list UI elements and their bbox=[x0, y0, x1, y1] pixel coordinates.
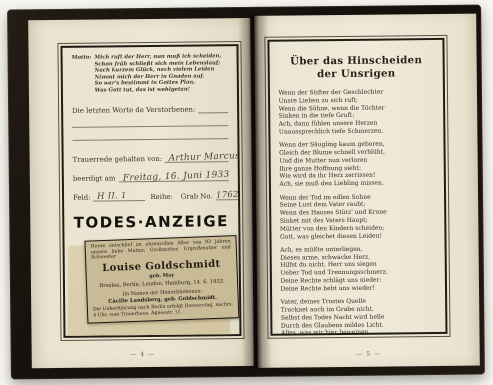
newspaper-clipping: Heute entschlief im ehrenvollen Alter vo… bbox=[84, 235, 239, 324]
grave-row: Feld: H II. 1 Reihe: Grab No. 17629 bbox=[73, 190, 229, 202]
last-words-row: Die letzten Worte de Verstorbenen: bbox=[72, 103, 228, 115]
clipping-transfer-notice: Die Ueberführung nach Berlin erfolgt Don… bbox=[93, 303, 233, 319]
right-page-border: Über das Hinscheiden der Unsrigen Wenn d… bbox=[264, 35, 450, 339]
poem-line: Unaussprechlich tiefe Schmerzen. bbox=[279, 127, 435, 136]
grave-label: Grab No. bbox=[176, 192, 216, 200]
poem-stanza-5: Vater, deines Trostes QuelleTrocknet auc… bbox=[281, 297, 437, 336]
buried-label: beerdigt am bbox=[73, 174, 119, 182]
field-handwriting: H II. 1 bbox=[97, 191, 127, 202]
death-notice-heading: TODES·ANZEIGE bbox=[73, 212, 229, 232]
memorial-poem: Wenn der Stifter der GeschlechterUnsre L… bbox=[278, 88, 437, 336]
poem-stanza-1: Wenn der Stifter der GeschlechterUnsre L… bbox=[278, 88, 434, 136]
row-label: Reihe: bbox=[145, 193, 175, 201]
poem-stanza-2: Wenn der Säugling kaum geboren,Gleich de… bbox=[279, 140, 435, 188]
left-page: Motto: Mich ruft der Herr, nun muß ich s… bbox=[28, 18, 254, 368]
buried-handwriting: Freitag, 16. Juni 1933 bbox=[122, 170, 229, 184]
buried-line: Freitag, 16. Juni 1933 bbox=[118, 171, 229, 182]
right-page-number: — 5 — bbox=[258, 350, 480, 359]
poem-title-line2: der Unsrigen bbox=[278, 67, 435, 81]
poem-line: Ach, sie muß den Liebling missen. bbox=[279, 179, 435, 188]
motto-block: Motto: Mich ruft der Herr, nun muß ich s… bbox=[72, 53, 230, 94]
poem-line: Gott, was gleichet diesen Leiden! bbox=[280, 232, 436, 241]
motto-line: Was Gott tut, das ist wohlgetan! bbox=[95, 86, 222, 94]
buried-row: beerdigt am Freitag, 16. Juni 1933 bbox=[73, 171, 229, 183]
field-line: H II. 1 bbox=[93, 191, 145, 202]
poem-stanza-4: Ach, es müßte unterliegen,Dieses arme, s… bbox=[280, 245, 436, 293]
poem-stanza-3: Wenn der Tod im edlen SohneSeine Lust de… bbox=[280, 193, 436, 241]
left-page-number: — 4 — bbox=[32, 350, 254, 359]
last-words-line-3 bbox=[72, 126, 228, 141]
last-words-line-1 bbox=[198, 103, 228, 113]
poem-line: Deine Rechte hebt uns wieder! bbox=[280, 284, 436, 293]
eulogy-label: Trauerrede gehalten von: bbox=[73, 155, 165, 164]
burial-form: Die letzten Worte de Verstorbenen: Traue… bbox=[72, 103, 229, 202]
motto-lines: Mich ruft der Herr, nun muß ich scheiden… bbox=[94, 53, 221, 93]
last-words-label: Die letzten Worte de Verstorbenen: bbox=[72, 105, 198, 114]
eulogy-handwriting: Arthur Marcus bbox=[169, 151, 241, 163]
clipping-area: Heute entschlief im ehrenvollen Alter vo… bbox=[73, 237, 230, 338]
eulogy-row: Trauerrede gehalten von: Arthur Marcus bbox=[73, 152, 229, 164]
grave-line: 17629 bbox=[215, 190, 241, 200]
poem-line: Alles, was wir hier beweinen, bbox=[281, 328, 437, 335]
grave-handwriting: 17629 bbox=[215, 190, 241, 201]
motto-label: Motto: bbox=[72, 55, 92, 94]
field-label: Feld: bbox=[73, 194, 94, 202]
left-page-border: Motto: Mich ruft der Herr, nun muß ich s… bbox=[57, 41, 244, 341]
memorial-book-cover: Motto: Mich ruft der Herr, nun muß ich s… bbox=[7, 5, 485, 380]
poem-title-line1: Über das Hinscheiden bbox=[278, 54, 435, 68]
eulogy-line: Arthur Marcus bbox=[165, 152, 229, 163]
right-page: Über das Hinscheiden der Unsrigen Wenn d… bbox=[254, 14, 480, 368]
poem-title: Über das Hinscheiden der Unsrigen bbox=[278, 54, 435, 81]
